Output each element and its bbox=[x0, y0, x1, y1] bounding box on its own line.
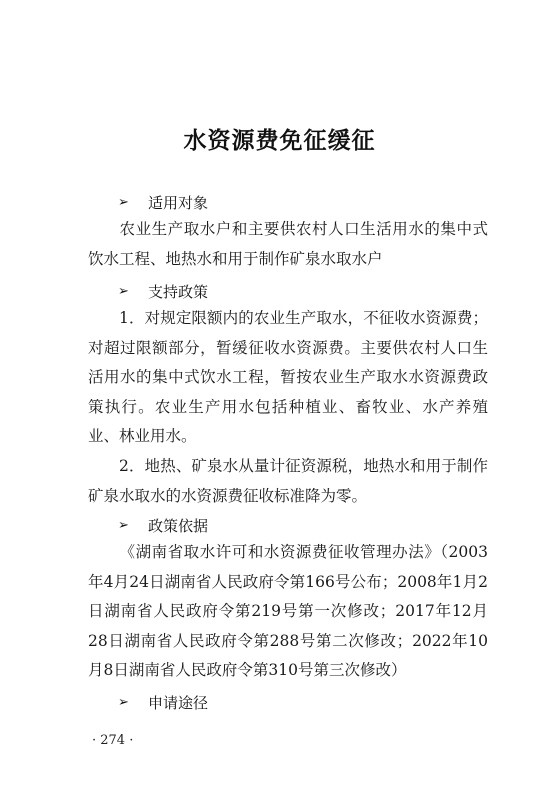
section-heading-apply: ➢ 申请途径 bbox=[118, 692, 208, 713]
arrow-bullet-icon: ➢ bbox=[118, 518, 148, 533]
heading-label: 适用对象 bbox=[148, 192, 208, 213]
page-number: · 274 · bbox=[92, 733, 133, 748]
arrow-bullet-icon: ➢ bbox=[118, 195, 148, 210]
paragraph: 1．对规定限额内的农业生产取水，不征收水资源费；对超过限额部分，暂缓征收水资源费… bbox=[88, 304, 488, 452]
arrow-bullet-icon: ➢ bbox=[118, 284, 148, 299]
heading-label: 申请途径 bbox=[148, 692, 208, 713]
paragraph: 《湖南省取水许可和水资源费征收管理办法》（2003年4月24日湖南省人民政府令第… bbox=[88, 538, 488, 686]
section-heading-basis: ➢ 政策依据 bbox=[118, 515, 208, 536]
paragraph: 2．地热、矿泉水从量计征资源税，地热水和用于制作矿泉水取水的水资源费征收标准降为… bbox=[88, 452, 488, 511]
section-heading-applicable: ➢ 适用对象 bbox=[118, 192, 208, 213]
page-title: 水资源费免征缓征 bbox=[0, 122, 559, 155]
section-heading-policy: ➢ 支持政策 bbox=[118, 281, 208, 302]
heading-label: 政策依据 bbox=[148, 515, 208, 536]
arrow-bullet-icon: ➢ bbox=[118, 695, 148, 710]
heading-label: 支持政策 bbox=[148, 281, 208, 302]
paragraph: 农业生产取水户和主要供农村人口生活用水的集中式饮水工程、地热水和用于制作矿泉水取… bbox=[88, 215, 488, 274]
